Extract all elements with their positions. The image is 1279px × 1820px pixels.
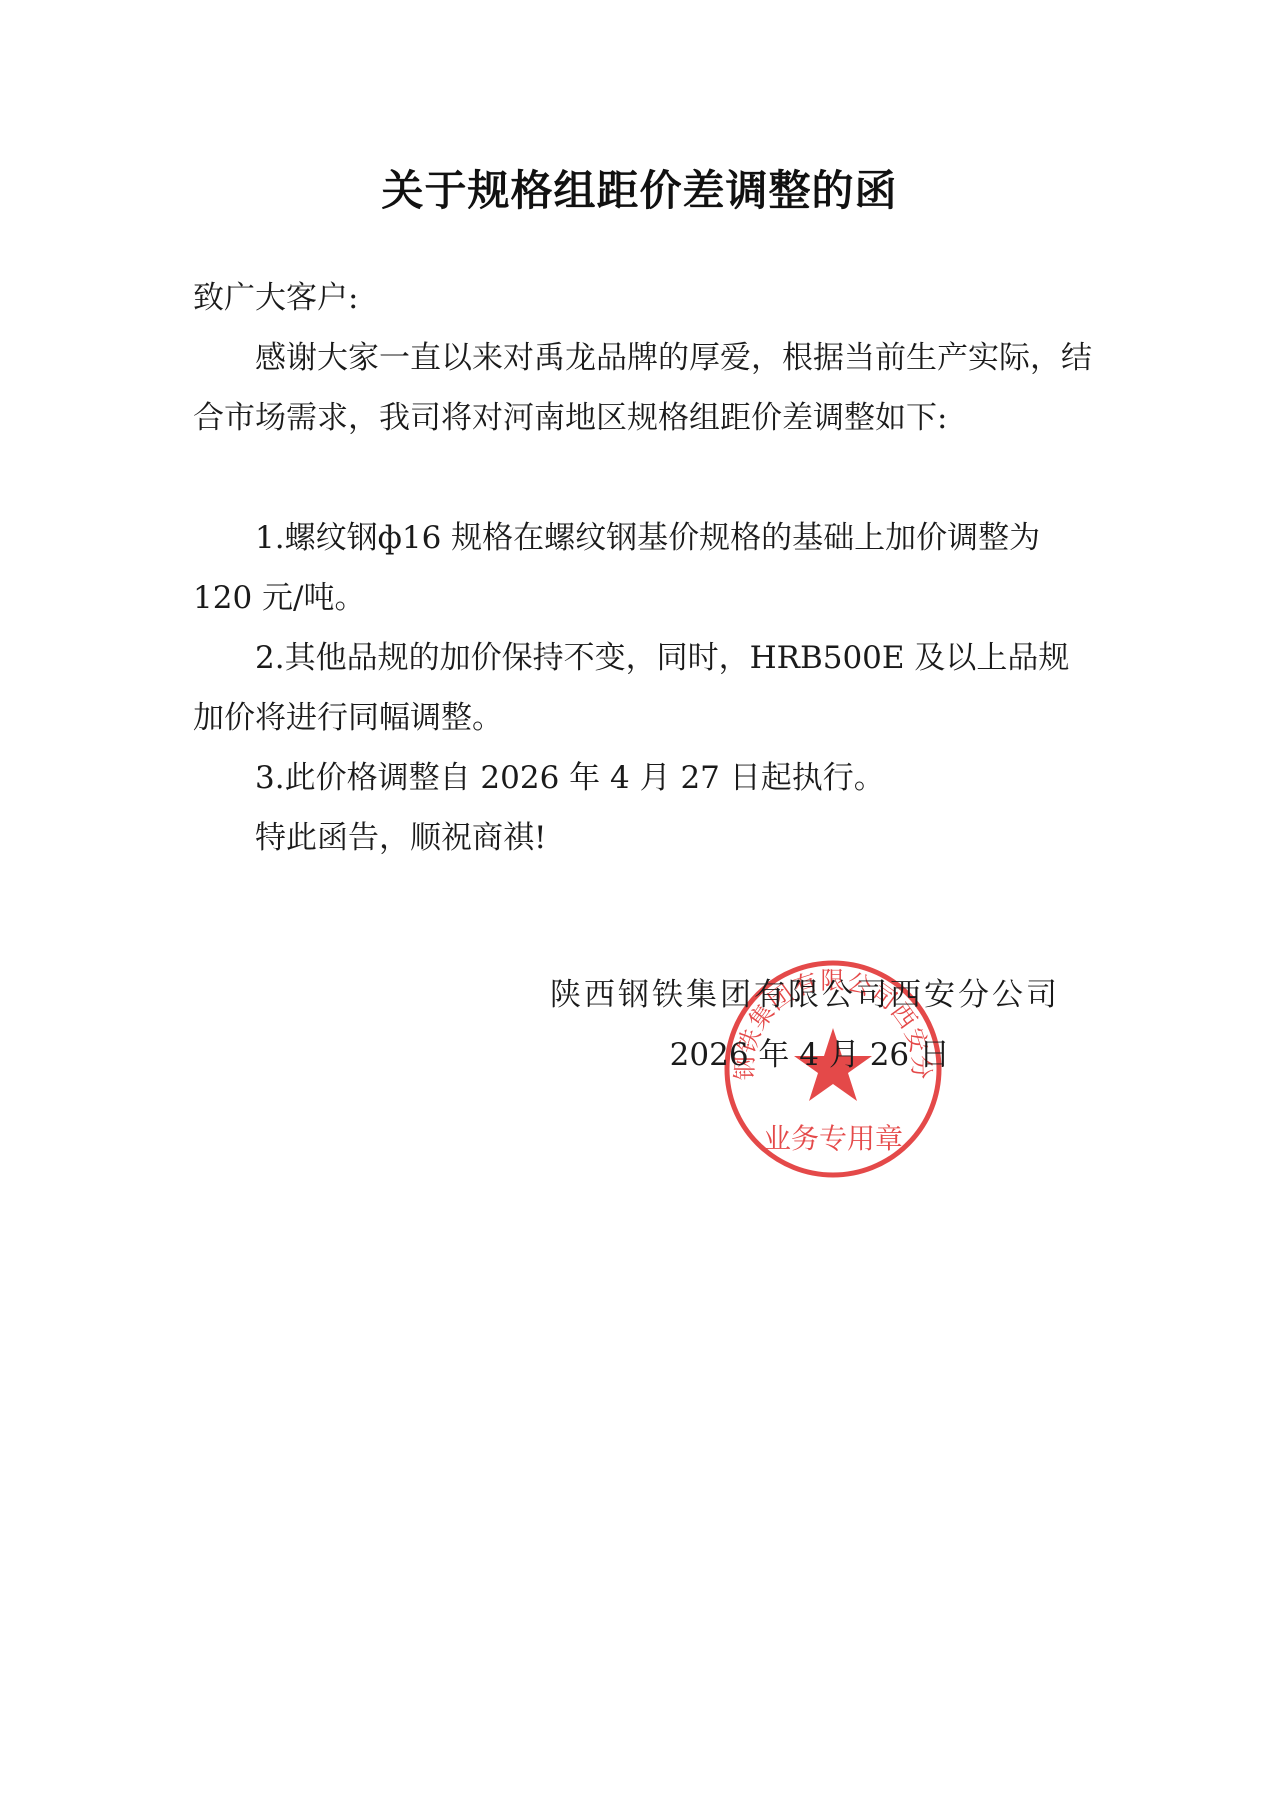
salutation: 致广大客户: [193, 268, 1093, 328]
signature-block: 陕西钢铁集团有限公司西安分公司 2026 年 4 月 26 日 [540, 965, 1060, 1085]
closing-line: 特此函告，顺祝商祺! [193, 808, 1093, 868]
document-title: 关于规格组距价差调整的函 [0, 158, 1279, 218]
signature-date: 2026 年 4 月 26 日 [540, 1025, 1060, 1085]
signature-organization: 陕西钢铁集团有限公司西安分公司 [540, 965, 1060, 1025]
list-item: 3.此价格调整自 2026 年 4 月 27 日起执行。 [193, 748, 1093, 808]
seal-inner-text: 业务专用章 [763, 1122, 903, 1155]
intro-paragraph: 感谢大家一直以来对禹龙品牌的厚爱，根据当前生产实际，结合市场需求，我司将对河南地… [193, 328, 1093, 448]
list-item: 1.螺纹钢ф16 规格在螺纹钢基价规格的基础上加价调整为 120 元/吨。 [193, 508, 1093, 628]
document-page: 关于规格组距价差调整的函 致广大客户: 感谢大家一直以来对禹龙品牌的厚爱，根据当… [0, 0, 1279, 1820]
list-item: 2.其他品规的加价保持不变，同时，HRB500E 及以上品规加价将进行同幅调整。 [193, 628, 1093, 748]
